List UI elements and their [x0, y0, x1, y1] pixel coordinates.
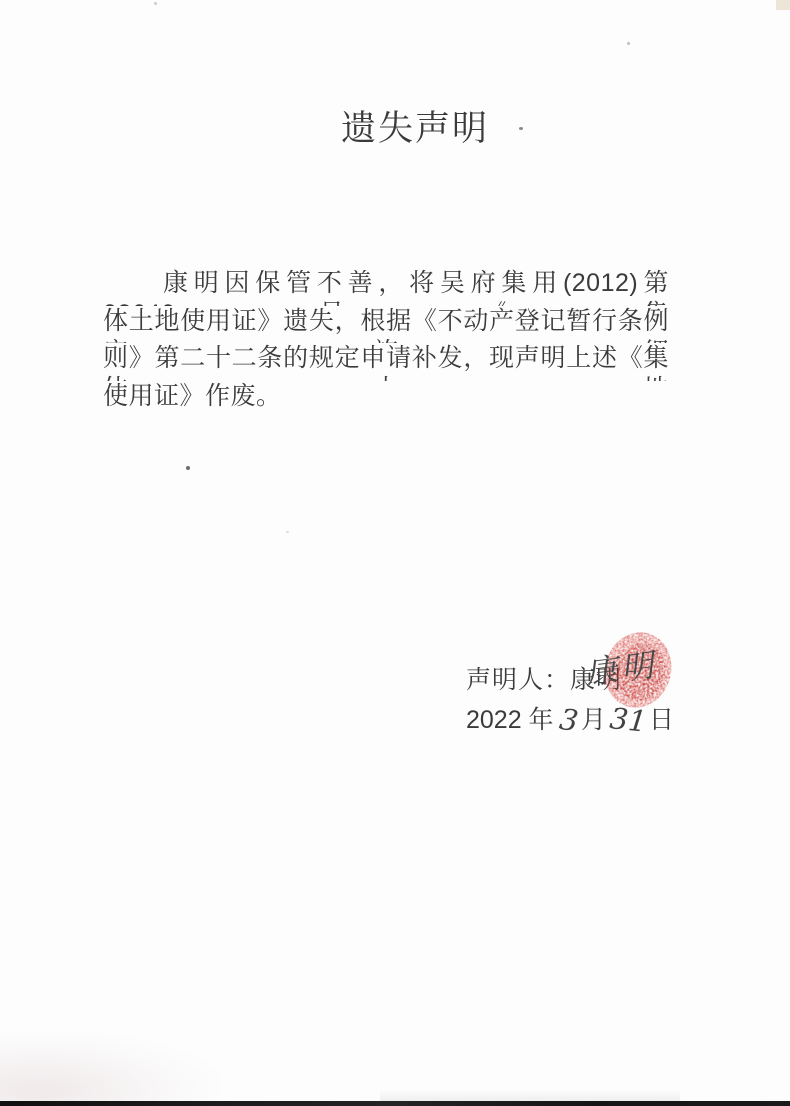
paragraph-line-3: 则》第二十二条的规定申请补发，现声明上述《集体土地: [103, 343, 669, 381]
scan-speck: [519, 127, 523, 130]
scan-smudge: [0, 1031, 220, 1101]
declarant-label: 声明人：: [466, 666, 570, 694]
scan-speck: [286, 531, 289, 533]
scan-smudge: [380, 1087, 680, 1101]
scan-speck: [627, 42, 630, 45]
declaration-paragraph: 康明因保管不善，将吴府集用(2012)第 02646 号《集 体土地使用证》遗失…: [103, 268, 669, 418]
scanner-edge-artifact: [0, 1101, 790, 1106]
scan-speck: [154, 2, 157, 5]
paragraph-line-4: 使用证》作废。: [103, 381, 669, 419]
date-year: 2022 年: [466, 706, 554, 734]
document-title: 遗失声明: [20, 101, 790, 151]
paragraph-line-2: 体土地使用证》遗失，根据《不动产登记暂行条例实施细: [103, 306, 669, 344]
handwritten-signature: 康明: [582, 640, 659, 694]
scanned-document-page: 遗失声明 康明因保管不善，将吴府集用(2012)第 02646 号《集 体土地使…: [0, 0, 790, 1106]
scan-smudge: [776, 0, 790, 10]
scan-speck: [186, 466, 190, 470]
handwritten-month-number: 3: [557, 702, 580, 738]
paragraph-line-1: 康明因保管不善，将吴府集用(2012)第 02646 号《集: [103, 268, 669, 306]
